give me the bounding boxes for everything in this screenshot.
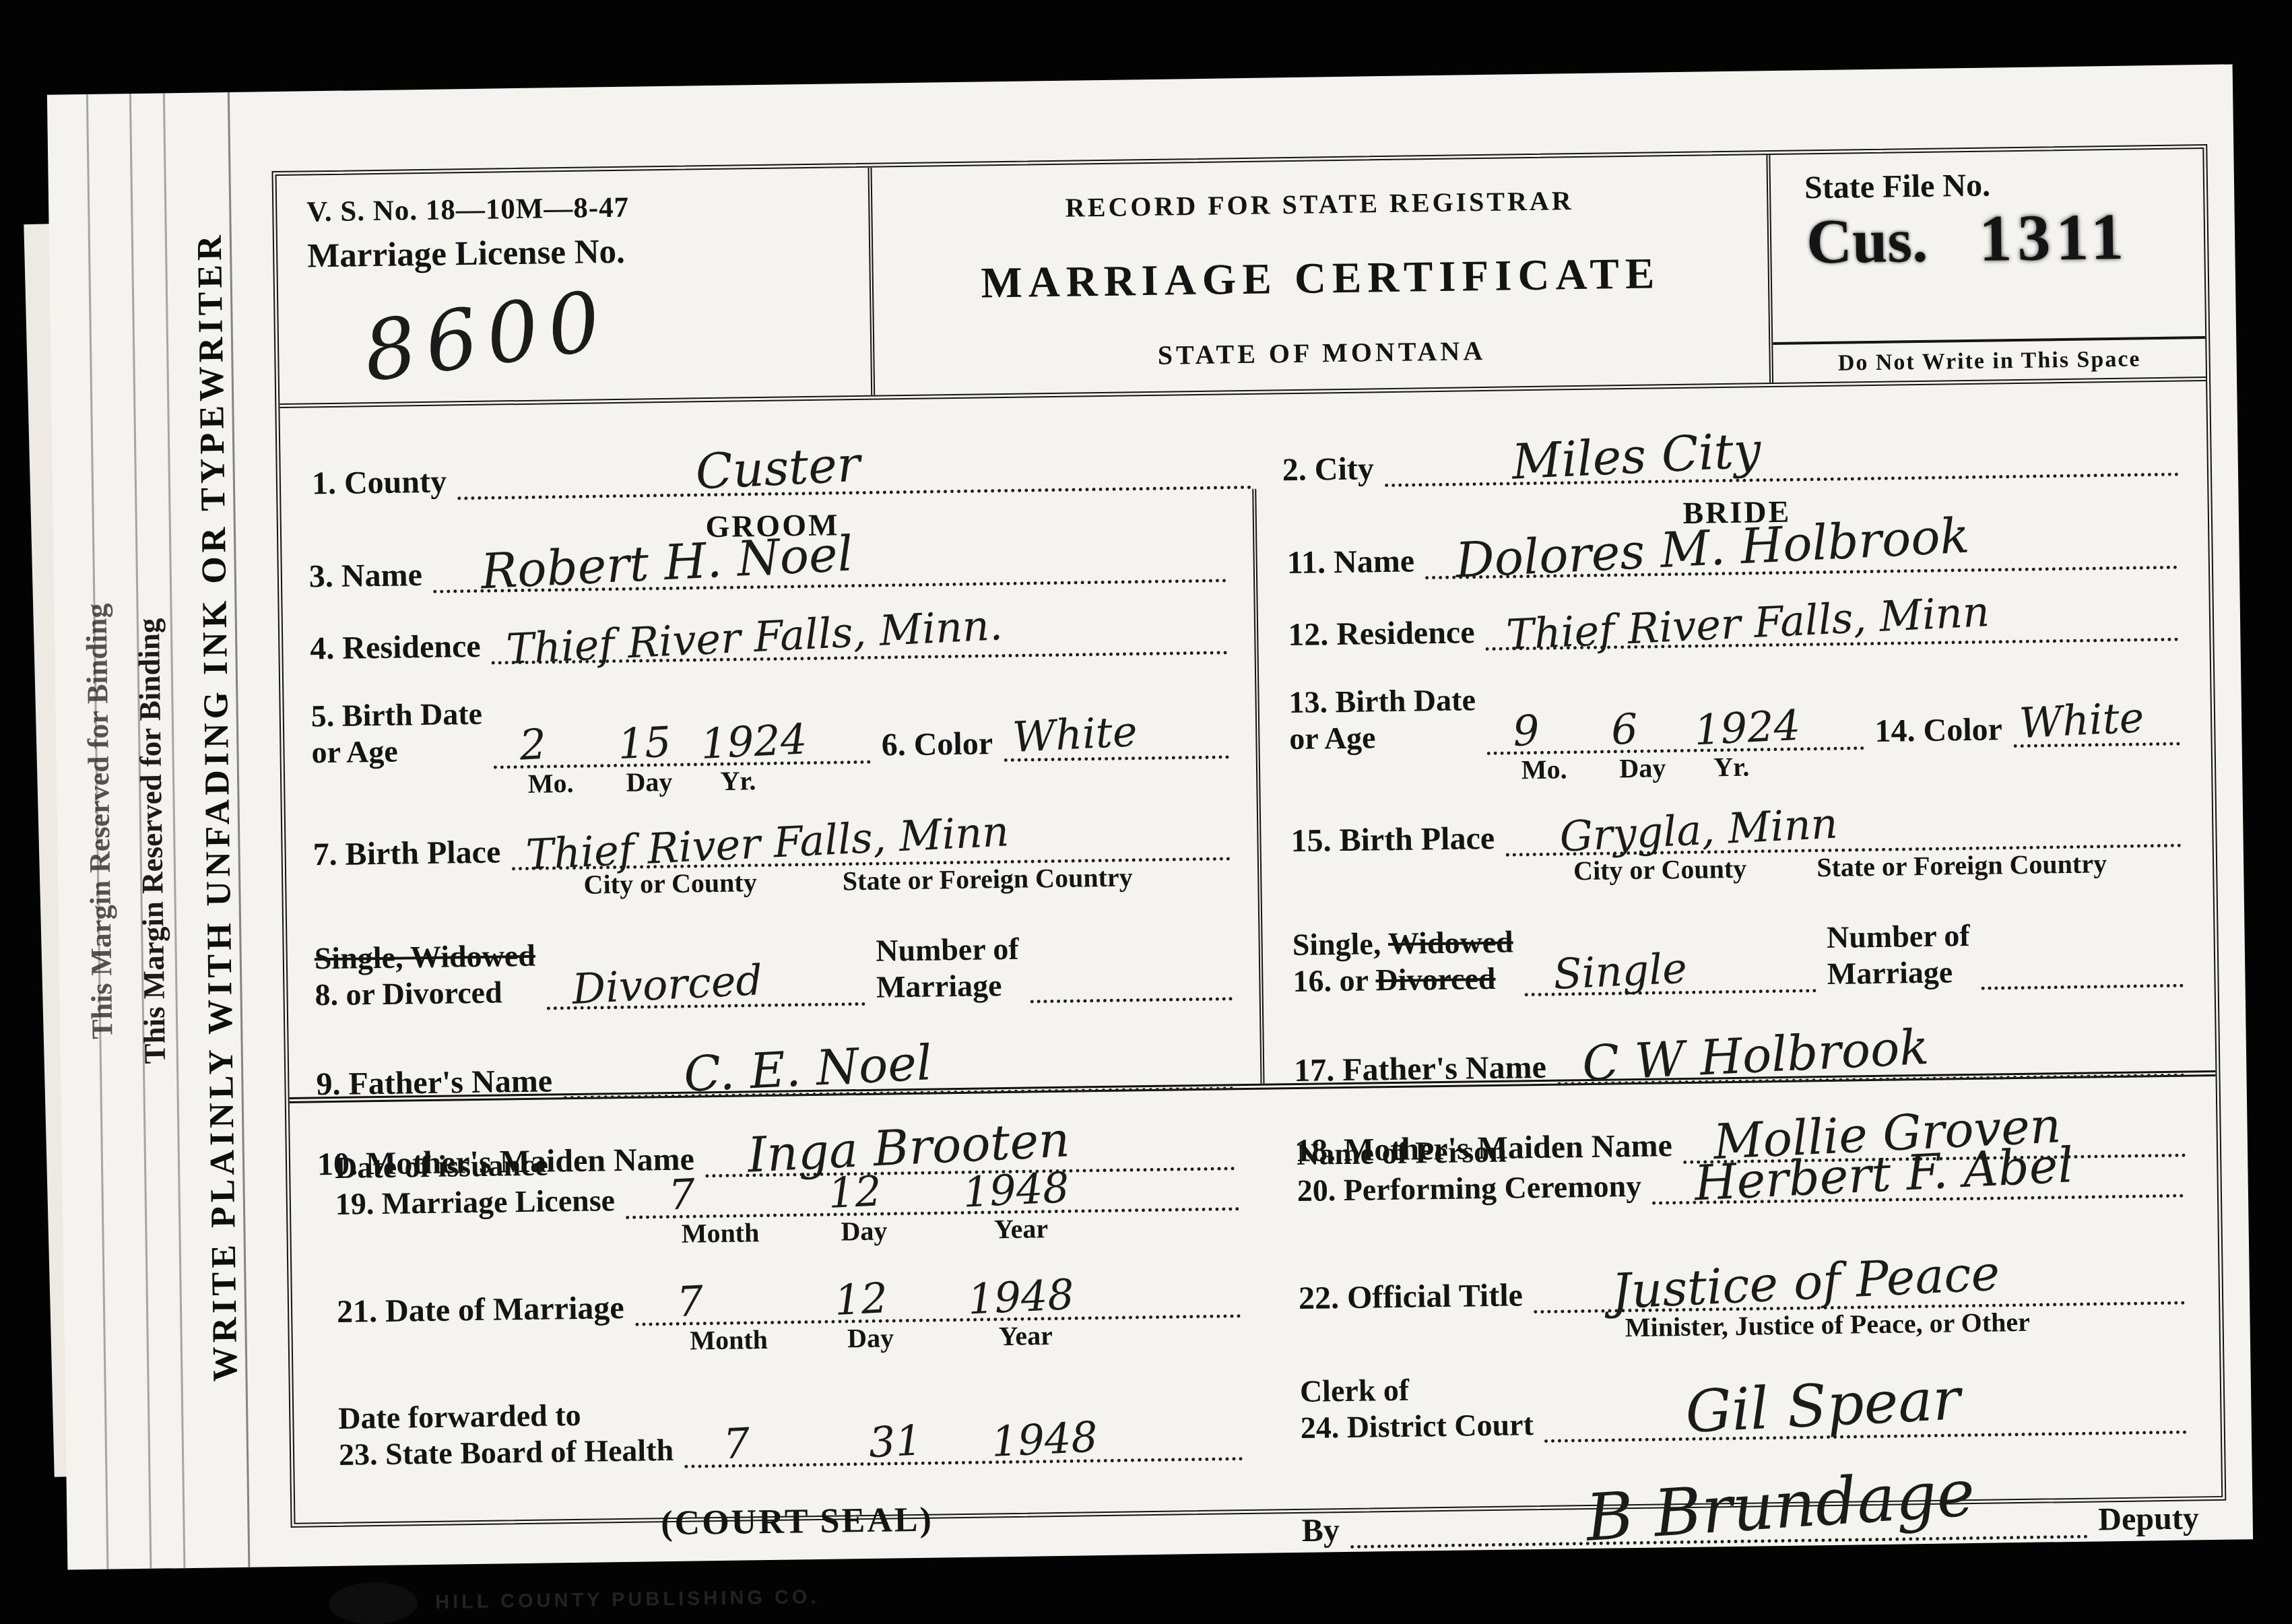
year-sublabel: Year bbox=[994, 1212, 1049, 1245]
binding-margin-text: This Margin Reserved for Binding bbox=[79, 604, 119, 1040]
by-label: By bbox=[1301, 1512, 1340, 1549]
bride-birth-year: 1924 bbox=[1693, 700, 1802, 754]
bride-birth-day: 6 bbox=[1610, 704, 1639, 754]
bride-birthplace-row: 15. Birth Place Grygla, Minn City or Cou… bbox=[1290, 810, 2192, 859]
header-title-cell: RECORD FOR STATE REGISTRAR MARRIAGE CERT… bbox=[867, 155, 1773, 395]
write-plainly-text: WRITE PLAINLY WITH UNFADING INK OR TYPEW… bbox=[190, 231, 246, 1382]
publisher-name: HILL COUNTY PUBLISHING CO. bbox=[435, 1586, 820, 1614]
groom-residence-label: 4. Residence bbox=[310, 628, 481, 668]
groom-birthdate-field: 2 15 1924 Mo. Day Yr. bbox=[494, 754, 871, 769]
forwarded-field: 7 31 1948 bbox=[684, 1452, 1243, 1468]
groom-bride-columns: GROOM 3. Name Robert H. Noel 4. Residenc… bbox=[281, 476, 2215, 1103]
bride-father-value: C W Holbrook bbox=[1581, 1018, 1930, 1092]
bride-name-row: 11. Name Dolores M. Holbrook bbox=[1286, 531, 2188, 581]
county-value: Custer bbox=[694, 436, 861, 500]
bride-color-value: White bbox=[2019, 692, 2145, 748]
deputy-signature-field: B Brundage bbox=[1350, 1530, 2088, 1549]
groom-father-label: 9. Father's Name bbox=[316, 1062, 552, 1103]
bride-name-label: 11. Name bbox=[1286, 542, 1414, 581]
write-plainly-note: WRITE PLAINLY WITH UNFADING INK OR TYPEW… bbox=[173, 129, 263, 1484]
groom-status-row: Single, Widowed 8. or Divorced Divorced … bbox=[314, 928, 1243, 1014]
status-word: 16. or bbox=[1292, 963, 1376, 998]
marriage-month-value: 7 bbox=[676, 1276, 705, 1326]
bride-name-field: Dolores M. Holbrook bbox=[1425, 560, 2178, 580]
marriage-label: Marriage bbox=[1827, 954, 1970, 992]
state-or-foreign-sublabel: State or Foreign Country bbox=[843, 861, 1133, 897]
bride-status-row: Single, Widowed 16. or Divorced Single N… bbox=[1292, 914, 2194, 1000]
status-label-line2: 16. or Divorced bbox=[1292, 960, 1514, 1000]
status-word-struck: Divorced bbox=[1375, 961, 1496, 997]
groom-color-field: White bbox=[1004, 750, 1229, 762]
month-sublabel: Month bbox=[681, 1216, 759, 1249]
groom-father-value: C. E. Noel bbox=[682, 1034, 933, 1103]
clerk-label-line2: 24. District Court bbox=[1300, 1406, 1534, 1446]
record-for-registrar-line: RECORD FOR STATE REGISTRAR bbox=[1066, 185, 1574, 224]
state-file-no-value: Cus. 1311 bbox=[1771, 198, 2205, 342]
bride-birthplace-value: Grygla, Minn bbox=[1559, 798, 1839, 861]
bride-marriage-number-label: Number of Marriage bbox=[1827, 917, 1971, 992]
publisher-logo-icon bbox=[329, 1582, 418, 1624]
mo-sublabel: Mo. bbox=[1521, 753, 1567, 785]
bride-status-field: Single bbox=[1525, 983, 1817, 996]
day-sublabel: Day bbox=[626, 765, 673, 798]
birthdate-label-line1: 5. Birth Date bbox=[310, 696, 482, 735]
certificate-title: MARRIAGE CERTIFICATE bbox=[981, 249, 1661, 308]
file-county-stamp: Cus. bbox=[1806, 204, 1928, 279]
deputy-label: Deputy bbox=[2098, 1499, 2199, 1538]
license-issuance-row: Date of issuance 19. Marriage License 7 … bbox=[335, 1137, 1250, 1223]
bride-residence-label: 12. Residence bbox=[1288, 614, 1475, 653]
license-issuance-field: 7 12 1948 Month Day Year bbox=[626, 1202, 1239, 1219]
bride-birth-month: 9 bbox=[1512, 705, 1541, 756]
city-or-county-sublabel: City or County bbox=[583, 866, 757, 901]
file-number-stamp: 1311 bbox=[1979, 199, 2130, 277]
forwarded-row: Date forwarded to 23. State Board of Hea… bbox=[338, 1387, 1253, 1472]
groom-residence-value: Thief River Falls, Minn. bbox=[505, 600, 1004, 674]
issuance-label-line2: 19. Marriage License bbox=[335, 1182, 616, 1223]
groom-birth-day: 15 bbox=[617, 717, 672, 769]
marriage-date-field: 7 12 1948 Month Day Year bbox=[635, 1309, 1241, 1326]
ceremony-person-field: Herbert F. Abel bbox=[1652, 1188, 2184, 1204]
groom-birthplace-row: 7. Birth Place Thief River Falls, Minn C… bbox=[313, 823, 1241, 873]
issuance-label-line1: Date of issuance bbox=[335, 1146, 615, 1186]
groom-birth-month: 2 bbox=[519, 719, 548, 769]
bride-birthdate-label: 13. Birth Date or Age bbox=[1288, 682, 1476, 757]
forwarded-label: Date forwarded to 23. State Board of Hea… bbox=[338, 1396, 674, 1473]
groom-status-label: Single, Widowed 8. or Divorced bbox=[314, 937, 536, 1013]
clerk-row: Clerk of 24. District Court Gil Spear bbox=[1300, 1361, 2198, 1446]
groom-color-value: White bbox=[1012, 707, 1138, 762]
day-sublabel: Day bbox=[847, 1322, 894, 1354]
day-sublabel: Day bbox=[841, 1214, 888, 1247]
state-file-no-label: State File No. bbox=[1770, 149, 2203, 207]
state-of-montana-line: STATE OF MONTANA bbox=[1157, 335, 1486, 371]
marriage-date-row: 21. Date of Marriage 7 12 1948 Month Day… bbox=[337, 1280, 1252, 1330]
groom-birthplace-label: 7. Birth Place bbox=[313, 833, 500, 873]
state-or-foreign-sublabel: State or Foreign Country bbox=[1816, 847, 2107, 883]
bride-birthdate-row: 13. Birth Date or Age 9 6 1924 Mo. Day Y… bbox=[1288, 672, 2190, 757]
city-label: 2. City bbox=[1282, 450, 1374, 488]
bottom-right-column: Name of Person 20. Performing Ceremony H… bbox=[1265, 1076, 2223, 1612]
forwarded-year-value: 1948 bbox=[990, 1412, 1099, 1467]
status-word: Single, bbox=[1292, 926, 1381, 962]
deputy-row: By B Brundage Deputy bbox=[1301, 1499, 2199, 1549]
forwarded-day-value: 31 bbox=[867, 1416, 923, 1468]
bride-birthplace-label: 15. Birth Place bbox=[1290, 819, 1495, 859]
official-title-label: 22. Official Title bbox=[1299, 1276, 1524, 1317]
yr-sublabel: Yr. bbox=[1713, 750, 1750, 783]
groom-name-row: 3. Name Robert H. Noel bbox=[309, 545, 1238, 595]
marriage-date-label: 21. Date of Marriage bbox=[337, 1289, 624, 1330]
forwarded-label-line2: 23. State Board of Health bbox=[339, 1432, 674, 1473]
marriage-year-value: 1948 bbox=[967, 1269, 1075, 1324]
city-value: Miles City bbox=[1510, 422, 1762, 490]
bride-residence-value: Thief River Falls, Minn bbox=[1505, 587, 1991, 659]
deputy-signature: B Brundage bbox=[1584, 1455, 1977, 1556]
city-or-county-sublabel: City or County bbox=[1573, 852, 1747, 886]
birthdate-label-line2: or Age bbox=[1289, 718, 1476, 757]
bride-birthdate-field: 9 6 1924 Mo. Day Yr. bbox=[1487, 741, 1864, 755]
status-word-struck: Widowed bbox=[1388, 924, 1513, 961]
court-seal-note: (COURT SEAL) bbox=[339, 1495, 1255, 1548]
year-sublabel: Year bbox=[999, 1320, 1053, 1352]
groom-name-field: Robert H. Noel bbox=[433, 573, 1226, 593]
birthdate-label-line1: 13. Birth Date bbox=[1288, 682, 1476, 721]
yr-sublabel: Yr. bbox=[720, 765, 756, 797]
ceremony-label-line1: Name of Person bbox=[1297, 1132, 1641, 1173]
clerk-label-line1: Clerk of bbox=[1300, 1370, 1534, 1410]
publisher-row: HILL COUNTY PUBLISHING CO. bbox=[329, 1570, 1256, 1624]
number-of-label: Number of bbox=[1827, 917, 1970, 956]
groom-column: GROOM 3. Name Robert H. Noel 4. Residenc… bbox=[281, 489, 1264, 1097]
number-of-label: Number of bbox=[876, 930, 1019, 969]
clerk-label: Clerk of 24. District Court bbox=[1300, 1370, 1534, 1446]
issuance-day-value: 12 bbox=[827, 1166, 882, 1218]
groom-color-label: 6. Color bbox=[881, 725, 993, 763]
bride-color-field: White bbox=[2013, 736, 2180, 747]
forwarded-label-line1: Date forwarded to bbox=[338, 1396, 674, 1437]
do-not-write-note: Do Not Write in This Space bbox=[1773, 336, 2206, 383]
groom-birth-year: 1924 bbox=[700, 714, 808, 769]
bride-residence-field: Thief River Falls, Minn bbox=[1486, 632, 2179, 651]
bride-father-label: 17. Father's Name bbox=[1294, 1049, 1546, 1089]
certificate-form: V. S. No. 18—10M—8-47 Marriage License N… bbox=[271, 144, 2226, 1528]
binding-margin-note-2: This Margin Reserved for Binding bbox=[120, 497, 183, 1185]
groom-residence-row: 4. Residence Thief River Falls, Minn. bbox=[310, 617, 1239, 667]
groom-birthplace-field: Thief River Falls, Minn City or County S… bbox=[511, 851, 1230, 870]
official-title-row: 22. Official Title Justice of Peace Mini… bbox=[1299, 1267, 2196, 1317]
mo-sublabel: Mo. bbox=[528, 767, 574, 799]
header-filing-cell: State File No. Cus. 1311 Do Not Write in… bbox=[1770, 149, 2206, 383]
issuance-year-value: 1948 bbox=[962, 1163, 1070, 1217]
vs-number: V. S. No. 18—10M—8-47 bbox=[306, 188, 855, 228]
groom-marriage-number-field bbox=[1030, 992, 1233, 1003]
ceremony-label-line2: 20. Performing Ceremony bbox=[1297, 1168, 1641, 1209]
marriage-label: Marriage bbox=[876, 967, 1020, 1006]
clerk-signature: Gil Spear bbox=[1684, 1365, 1962, 1446]
ceremony-person-value: Herbert F. Abel bbox=[1693, 1136, 2074, 1211]
header-license-cell: V. S. No. 18—10M—8-47 Marriage License N… bbox=[277, 168, 872, 403]
forwarded-month-value: 7 bbox=[722, 1419, 751, 1469]
status-label-line1: Single, Widowed bbox=[1292, 923, 1513, 963]
day-sublabel: Day bbox=[1619, 752, 1666, 784]
marriage-day-value: 12 bbox=[834, 1273, 889, 1325]
groom-residence-field: Thief River Falls, Minn. bbox=[492, 645, 1228, 664]
bride-color-label: 14. Color bbox=[1874, 711, 2002, 750]
ceremony-person-label: Name of Person 20. Performing Ceremony bbox=[1297, 1132, 1642, 1210]
status-label-line1: Single, Widowed bbox=[314, 937, 535, 977]
bride-status-label: Single, Widowed 16. or Divorced bbox=[1292, 923, 1514, 1000]
bride-marriage-number-field bbox=[1982, 979, 2184, 990]
bottom-section: Date of issuance 19. Marriage License 7 … bbox=[290, 1076, 2223, 1624]
groom-status-field: Divorced bbox=[547, 997, 866, 1010]
bride-residence-row: 12. Residence Thief River Falls, Minn bbox=[1288, 604, 2190, 653]
bottom-left-column: Date of issuance 19. Marriage License 7 … bbox=[290, 1090, 1272, 1624]
bride-status-value: Single bbox=[1552, 944, 1689, 1000]
groom-birthdate-row: 5. Birth Date or Age 2 15 1924 Mo. Day Y… bbox=[310, 685, 1239, 771]
groom-marriage-number-label: Number of Marriage bbox=[876, 930, 1020, 1005]
ceremony-person-row: Name of Person 20. Performing Ceremony H… bbox=[1297, 1124, 2194, 1209]
birthdate-label-line2: or Age bbox=[311, 732, 483, 771]
binding-margin-text: This Margin Reserved for Binding bbox=[131, 618, 172, 1064]
clerk-field: Gil Spear bbox=[1544, 1425, 2187, 1443]
groom-status-value: Divorced bbox=[571, 955, 764, 1014]
groom-birthdate-label: 5. Birth Date or Age bbox=[310, 696, 483, 771]
county-label: 1. County bbox=[312, 463, 447, 502]
month-sublabel: Month bbox=[690, 1324, 768, 1357]
official-title-field: Justice of Peace Minister, Justice of Pe… bbox=[1534, 1295, 2185, 1313]
groom-name-label: 3. Name bbox=[309, 556, 423, 595]
official-title-sublabel: Minister, Justice of Peace, or Other bbox=[1625, 1305, 2031, 1342]
certificate-sheet: This Margin Reserved for Binding This Ma… bbox=[47, 64, 2253, 1569]
license-issuance-label: Date of issuance 19. Marriage License bbox=[335, 1146, 616, 1223]
bride-column: BRIDE 11. Name Dolores M. Holbrook 12. R… bbox=[1256, 476, 2215, 1084]
status-label-line2: 8. or Divorced bbox=[315, 974, 536, 1014]
form-header: V. S. No. 18—10M—8-47 Marriage License N… bbox=[277, 149, 2206, 408]
bride-birthplace-field: Grygla, Minn City or County State or For… bbox=[1505, 838, 2181, 856]
issuance-month-value: 7 bbox=[667, 1169, 696, 1219]
